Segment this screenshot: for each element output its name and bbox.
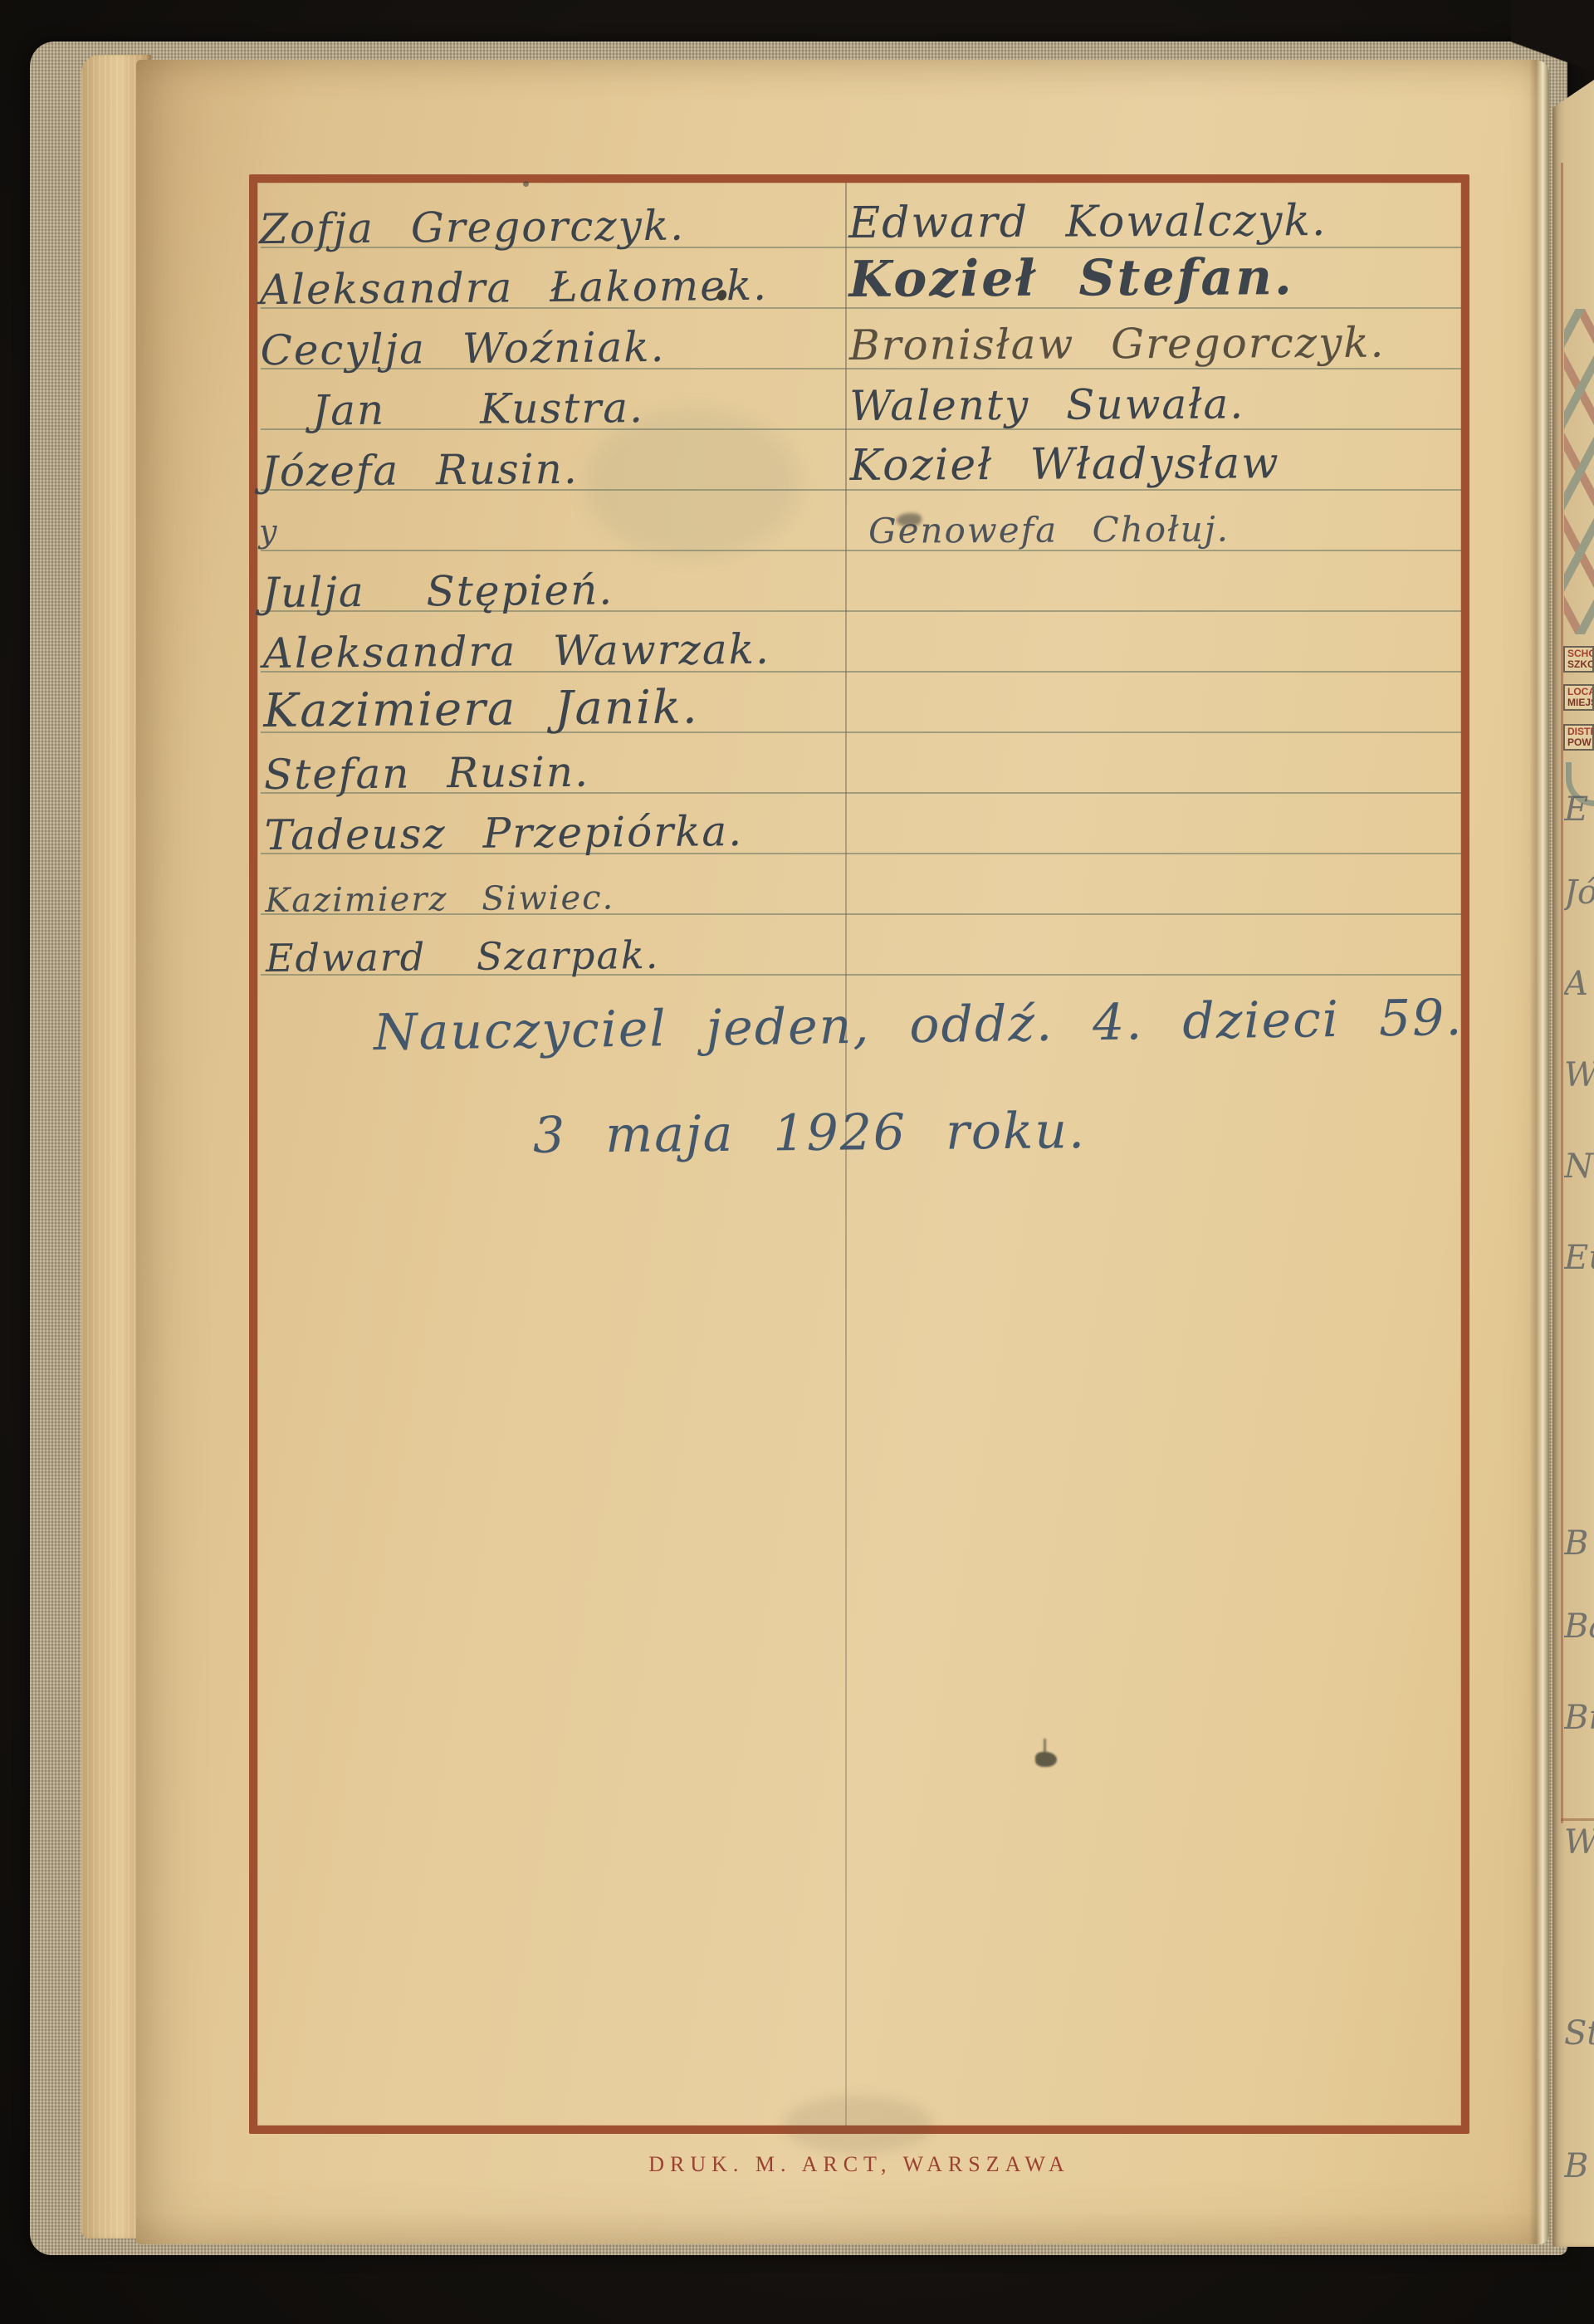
handwriting-fragment: E: [1564, 790, 1594, 849]
next-page-frame-line: [1561, 163, 1563, 1823]
register-page: Zofja Gregorczyk.Aleksandra Łakomek.Cecy…: [136, 60, 1548, 2244]
handwritten-name: Genowefa Chołuj.: [868, 489, 1230, 555]
background-shadow: [1511, 0, 1594, 100]
handwriting-fragment: Bro: [1564, 1699, 1594, 1757]
handwritten-name: Walenty Suwała.: [849, 367, 1244, 433]
next-page-frame-line: [1561, 1818, 1594, 1821]
handwritten-name: Kozieł Stefan.: [848, 246, 1294, 313]
label-text: SZKO: [1567, 658, 1594, 670]
paper-stain: [584, 409, 800, 558]
label-text: LOCA: [1567, 686, 1594, 697]
next-page-label-box: DISTRPOW: [1563, 724, 1594, 751]
stray-pen-mark: y: [259, 513, 278, 550]
handwriting-fragment: W: [1564, 1056, 1594, 1114]
ink-speck: [523, 181, 529, 187]
next-page-label-box: LOCAMIEJS: [1563, 684, 1594, 711]
handwriting-fragment: Sto: [1564, 2014, 1594, 2072]
zigzag-ornament: [1564, 309, 1594, 634]
label-text: MIEJS: [1567, 697, 1594, 708]
handwritten-name: Kozieł Władysław: [849, 428, 1279, 495]
label-text: POW: [1567, 736, 1592, 748]
printer-imprint: DRUK. M. ARCT, WARSZAWA: [249, 2152, 1469, 2177]
handwritten-name: Bronisław Gregorczyk.: [849, 306, 1386, 374]
scanned-register-spread: Zofja Gregorczyk.Aleksandra Łakomek.Cecy…: [0, 0, 1594, 2324]
handwriting-fragment: Ba: [1564, 1607, 1594, 1666]
ink-blot: [1035, 1752, 1057, 1767]
handwriting-fragment: B: [1564, 2147, 1594, 2205]
handwriting-fragment: Jó: [1564, 873, 1594, 932]
handwritten-name: Edward Kowalczyk.: [848, 185, 1328, 252]
summary-line-2: 3 maja 1926 roku.: [533, 1102, 1087, 1165]
handwriting-fragment: N: [1564, 1147, 1594, 1206]
page-right-edge: [1529, 60, 1549, 2244]
label-text: DISTR: [1567, 726, 1594, 737]
label-text: SCHO: [1567, 648, 1594, 659]
ink-smudge: [897, 513, 922, 526]
handwriting-fragment: Eu: [1564, 1239, 1594, 1297]
next-page-sliver: SCHOSZKOLOCAMIEJSDISTRPOWEJóAWNEuBBaBroW…: [1552, 80, 1594, 2247]
handwriting-fragment: B: [1564, 1524, 1594, 1583]
next-page-label-box: SCHOSZKO: [1563, 646, 1594, 673]
handwriting-fragment: A: [1564, 965, 1594, 1023]
handwriting-fragment: W: [1564, 1823, 1594, 1881]
paper-stain: [784, 2096, 933, 2154]
